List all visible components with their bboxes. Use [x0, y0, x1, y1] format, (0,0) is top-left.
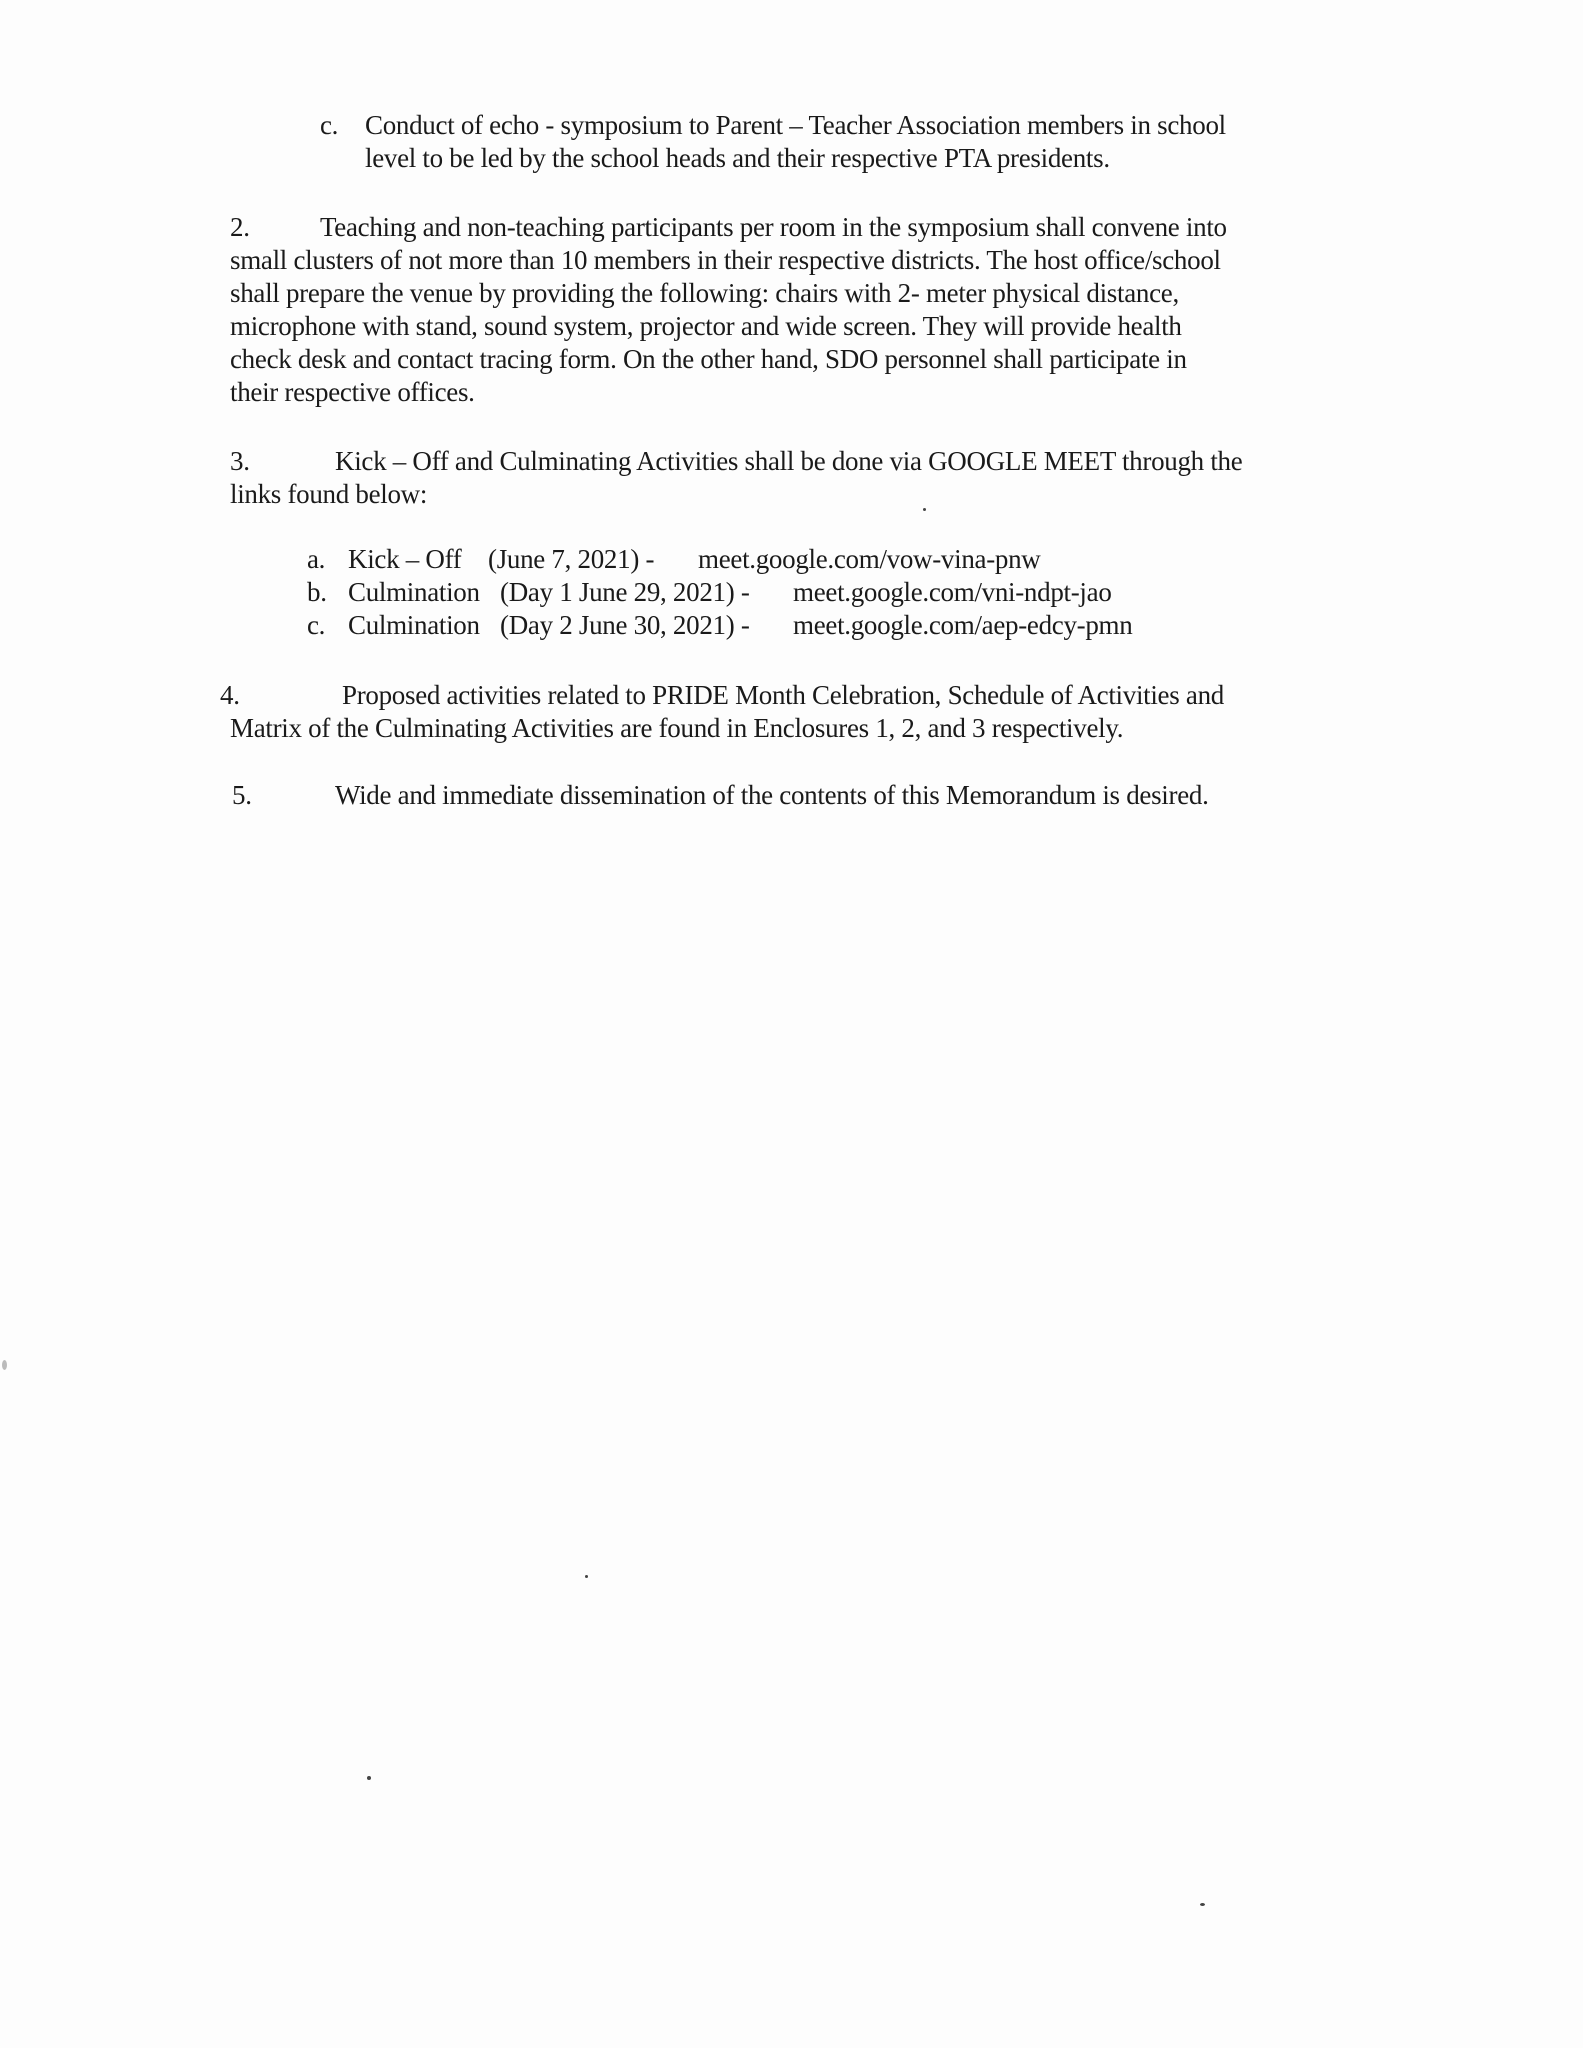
item-1c-line1: Conduct of echo - symposium to Parent – … — [365, 109, 1335, 142]
link-label: a. — [307, 543, 325, 576]
link-event: Culmination — [348, 609, 480, 642]
meet-url[interactable]: meet.google.com/vni-ndpt-jao — [793, 576, 1112, 609]
link-label: c. — [307, 609, 325, 642]
item-2-line1: Teaching and non-teaching participants p… — [320, 211, 1227, 244]
item-2-line6: their respective offices. — [230, 376, 475, 409]
link-date: (Day 2 June 30, 2021) - — [500, 609, 750, 642]
link-date: (June 7, 2021) - — [488, 543, 654, 576]
link-date: (Day 1 June 29, 2021) - — [500, 576, 750, 609]
item-3-number: 3. — [230, 445, 250, 478]
meet-url[interactable]: meet.google.com/aep-edcy-pmn — [793, 609, 1132, 642]
item-1c-line2: level to be led by the school heads and … — [365, 142, 1110, 175]
item-1c-label: c. — [320, 109, 338, 142]
link-event: Culmination — [348, 576, 480, 609]
item-2-line4: microphone with stand, sound system, pro… — [230, 310, 1182, 343]
scan-speck — [585, 1575, 588, 1578]
scan-speck — [1200, 1903, 1205, 1906]
scan-speck — [2, 1360, 7, 1370]
scan-speck — [923, 508, 926, 511]
meet-url[interactable]: meet.google.com/vow-vina-pnw — [698, 543, 1041, 576]
scan-speck — [367, 1776, 371, 1780]
item-2-line5: check desk and contact tracing form. On … — [230, 343, 1187, 376]
link-event: Kick – Off — [348, 543, 461, 576]
item-3-line1: Kick – Off and Culminating Activities sh… — [335, 445, 1242, 478]
item-4-line1: Proposed activities related to PRIDE Mon… — [342, 679, 1224, 712]
item-4-line2: Matrix of the Culminating Activities are… — [230, 712, 1123, 745]
item-2-line2: small clusters of not more than 10 membe… — [230, 244, 1221, 277]
document-page: c. Conduct of echo - symposium to Parent… — [0, 0, 1583, 2048]
item-5-text: Wide and immediate dissemination of the … — [335, 779, 1209, 812]
item-2-line3: shall prepare the venue by providing the… — [230, 277, 1179, 310]
item-4-number: 4. — [220, 679, 240, 712]
link-label: b. — [307, 576, 327, 609]
item-2-number: 2. — [230, 211, 250, 244]
item-5-number: 5. — [232, 779, 252, 812]
item-3-line2: links found below: — [230, 478, 427, 511]
